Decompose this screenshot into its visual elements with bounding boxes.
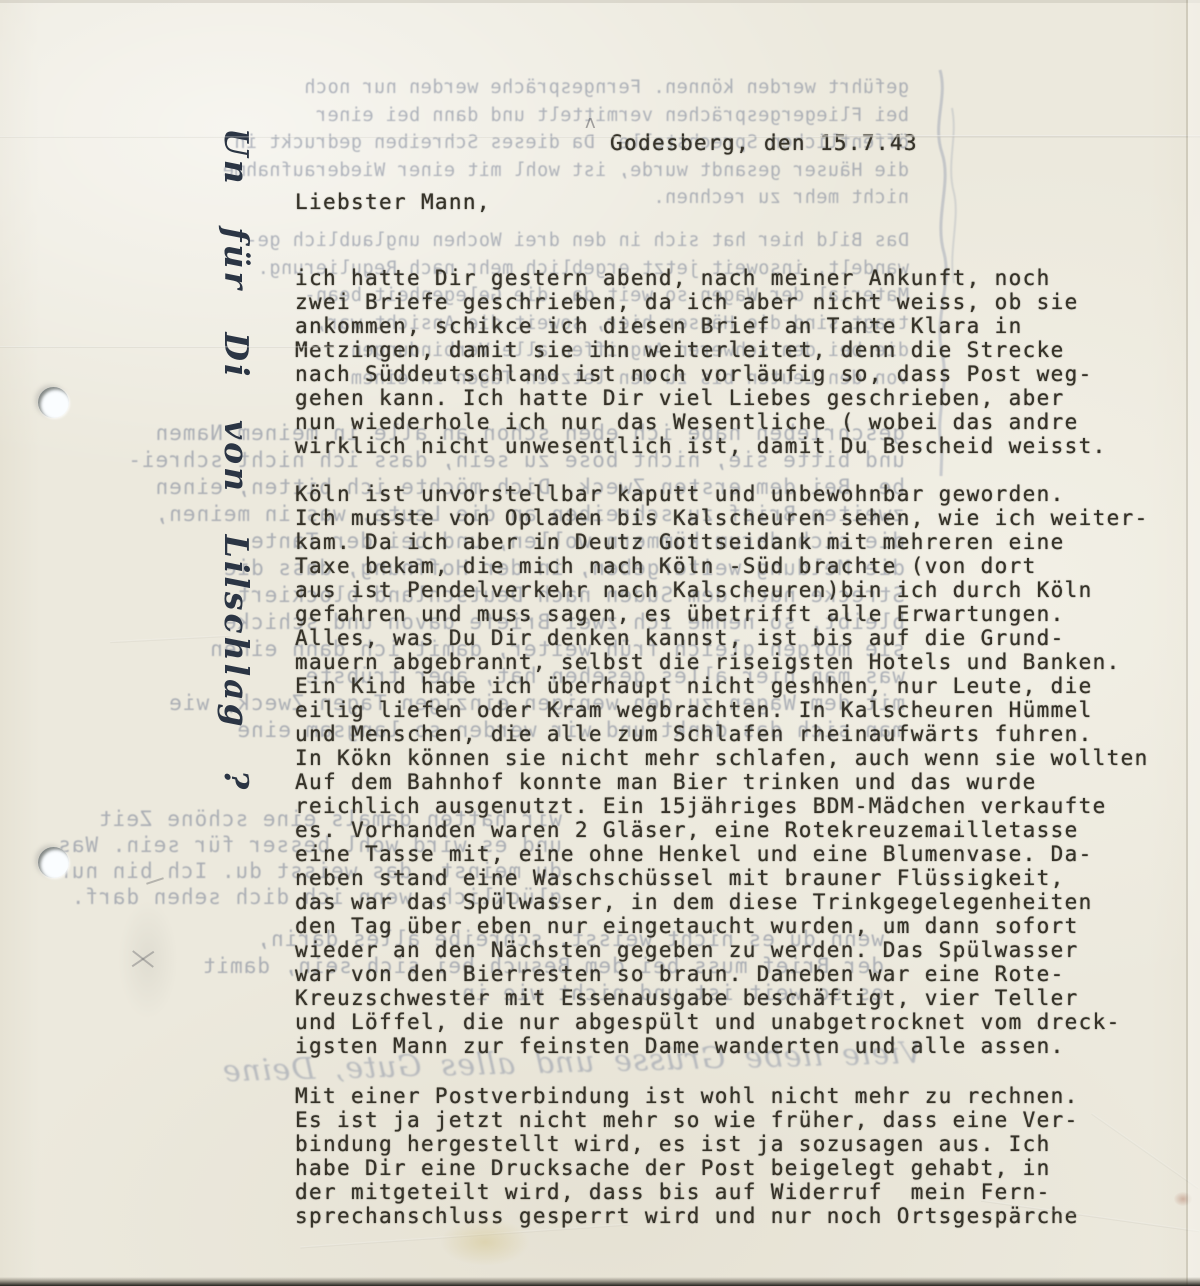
punch-hole-top xyxy=(38,387,69,418)
letter-paragraph-2: Köln ist unvorstellbar kaputt und unbewo… xyxy=(295,482,1149,1058)
dateline: Godesberg, den 15.7.43 xyxy=(610,131,918,155)
punch-hole-bottom xyxy=(38,847,69,878)
scan-edge-bottom xyxy=(0,1277,1200,1286)
salutation: Liebster Mann, xyxy=(295,190,491,214)
pencil-caret-mark: ʌ xyxy=(585,112,596,133)
letter-page: geführt werden können. Ferngespräche wer… xyxy=(0,0,1200,1286)
letter-paragraph-3: Mit einer Postverbindung ist wohl nicht … xyxy=(295,1084,1079,1228)
letter-paragraph-1: ich hatte Dir gestern abend, nach meiner… xyxy=(295,266,1107,458)
scan-edge-top xyxy=(0,0,1200,3)
paper-edge-right-strip xyxy=(1188,0,1200,1286)
crease-left-mid xyxy=(0,346,335,348)
handwritten-margin-note: Un für Di von Lilschlag ? xyxy=(198,128,256,648)
crease-bottom-right-corner xyxy=(1091,1113,1199,1189)
